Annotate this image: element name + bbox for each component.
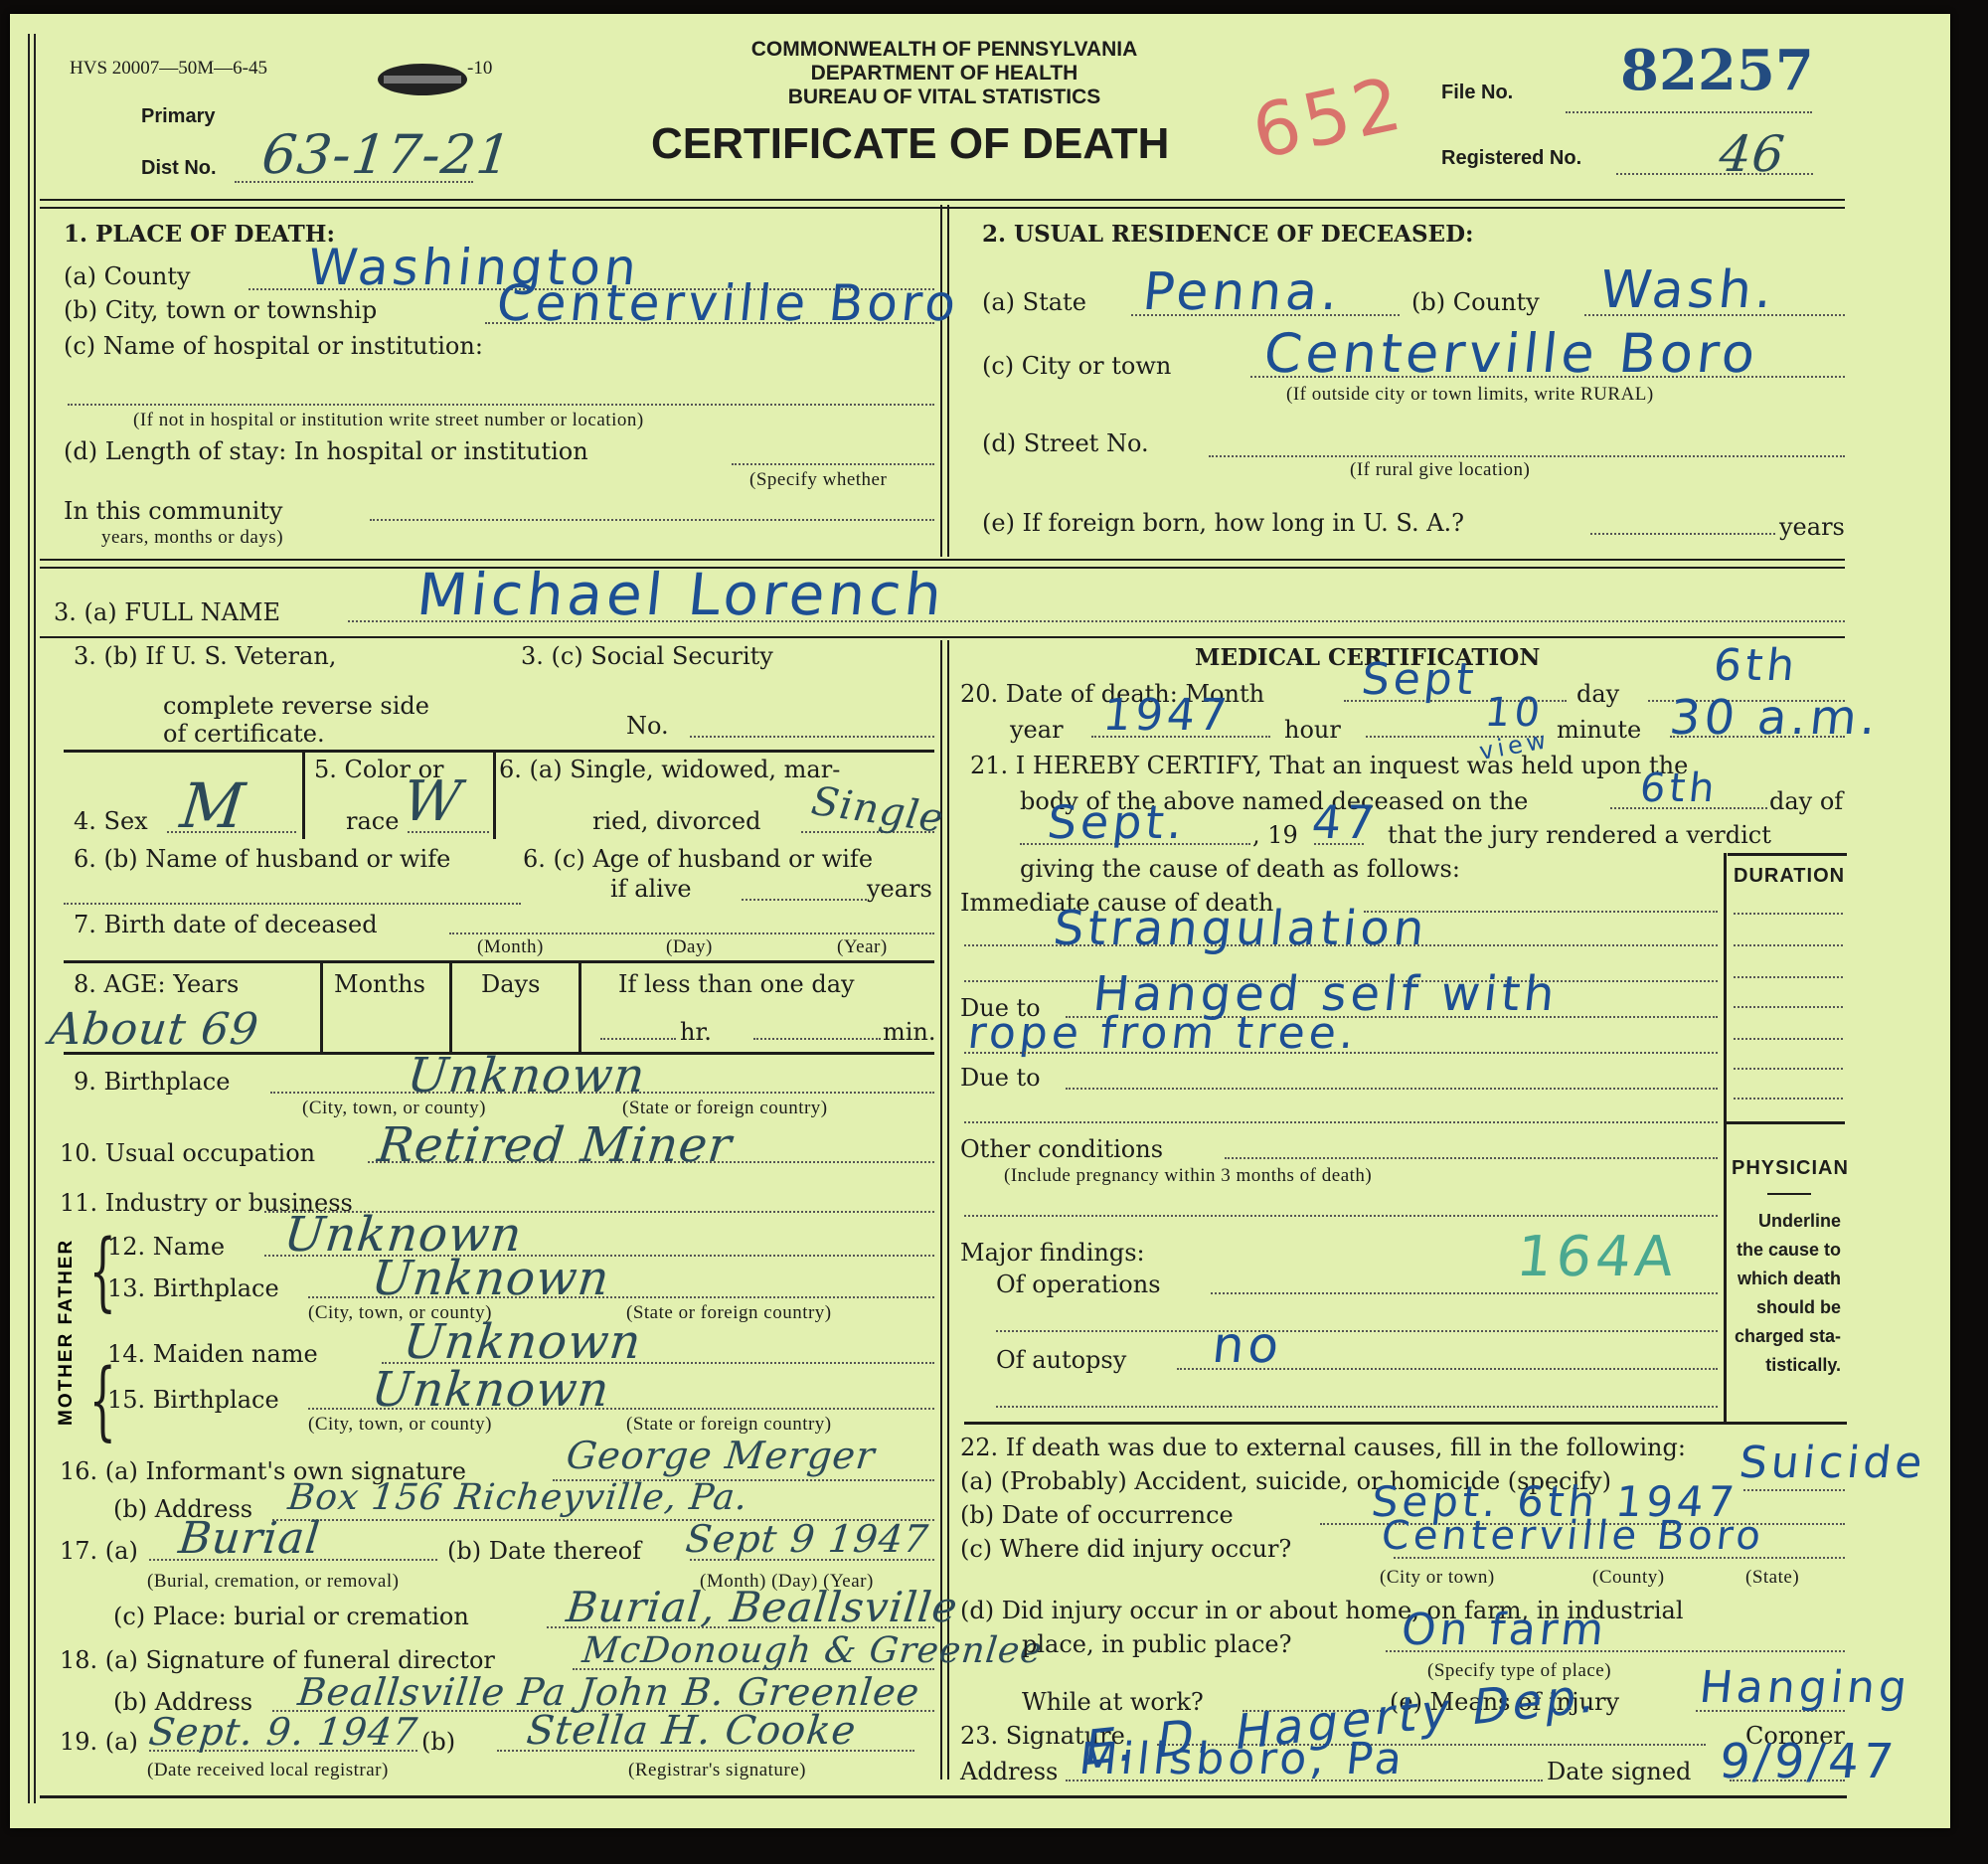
dist-number[interactable]: 63-17-21 bbox=[259, 123, 515, 186]
file-number[interactable]: 82257 bbox=[1620, 38, 1814, 103]
burial-note: (Burial, cremation, or removal) bbox=[147, 1571, 399, 1593]
death-day-value[interactable]: 6th bbox=[1711, 640, 1801, 691]
registrar-date-label: 19. (a) bbox=[60, 1728, 138, 1756]
foreign-label: (e) If foreign born, how long in U. S. A… bbox=[982, 509, 1464, 537]
marital-label: 6. (a) Single, widowed, mar- bbox=[499, 756, 840, 783]
death-month-value[interactable]: Sept bbox=[1359, 654, 1480, 705]
other-conditions-note: (Include pregnancy within 3 months of de… bbox=[1004, 1165, 1372, 1187]
registrar-date-value[interactable]: Sept. 9. 1947 bbox=[147, 1710, 420, 1754]
birth-day-note: (Day) bbox=[666, 936, 713, 958]
social-security-label: 3. (c) Social Security bbox=[521, 642, 773, 670]
street-label: (d) Street No. bbox=[982, 429, 1149, 457]
burial-date-label: (b) Date thereof bbox=[447, 1537, 641, 1565]
coroner-address-label: Address bbox=[960, 1758, 1058, 1785]
birth-date-field[interactable] bbox=[449, 932, 934, 934]
duration-field-2[interactable] bbox=[1734, 944, 1843, 946]
operations-label: Of operations bbox=[996, 1271, 1161, 1298]
funeral-director-value[interactable]: McDonough & Greenlee bbox=[580, 1630, 1045, 1671]
race-label: race bbox=[346, 807, 399, 835]
form-suffix: -10 bbox=[467, 58, 492, 80]
duration-field-4[interactable] bbox=[1734, 1006, 1843, 1008]
physician-heading: PHYSICIAN bbox=[1732, 1157, 1849, 1180]
footer-rule bbox=[40, 1795, 1847, 1798]
informant-value[interactable]: George Merger bbox=[565, 1434, 878, 1477]
city-label: (b) City, town or township bbox=[64, 296, 377, 324]
inquest-year-value[interactable]: 47 bbox=[1309, 795, 1381, 849]
age-hr-field[interactable] bbox=[600, 1038, 676, 1040]
duration-field-6[interactable] bbox=[1734, 1068, 1843, 1070]
burial-place-value[interactable]: Burial, Beallsville bbox=[564, 1583, 960, 1631]
duration-field-5[interactable] bbox=[1734, 1038, 1843, 1040]
spouse-age-label-2: if alive bbox=[610, 875, 692, 903]
date-signed-value[interactable]: 9/9/47 bbox=[1717, 1734, 1900, 1789]
sex-label: 4. Sex bbox=[74, 807, 148, 835]
age-hr-label: hr. bbox=[680, 1018, 712, 1046]
due-to-label-2: Due to bbox=[960, 1064, 1041, 1092]
age-min-label: min. bbox=[883, 1018, 936, 1046]
death-year-value[interactable]: 1947 bbox=[1100, 690, 1233, 741]
birthplace-city-note: (City, town, or county) bbox=[302, 1098, 486, 1119]
department: DEPARTMENT OF HEALTH bbox=[696, 62, 1193, 85]
age-label: 8. AGE: Years bbox=[74, 970, 239, 998]
registrar-sig-label: (b) bbox=[421, 1728, 455, 1756]
foreign-field[interactable] bbox=[1590, 533, 1775, 535]
injury-place-label: (c) Where did injury occur? bbox=[960, 1535, 1291, 1563]
burial-place-label: (c) Place: burial or cremation bbox=[113, 1603, 469, 1630]
age-less-label: If less than one day bbox=[618, 970, 855, 998]
race-value[interactable]: W bbox=[401, 769, 465, 834]
birth-month-note: (Month) bbox=[477, 936, 544, 958]
death-hour-label: hour bbox=[1284, 716, 1341, 744]
full-name-label: 3. (a) FULL NAME bbox=[54, 598, 280, 626]
birth-year-note: (Year) bbox=[837, 936, 888, 958]
father-birth-state-note: (State or foreign country) bbox=[626, 1302, 832, 1324]
residence-heading: 2. USUAL RESIDENCE OF DECEASED: bbox=[982, 221, 1474, 248]
birth-date-label: 7. Birth date of deceased bbox=[74, 911, 378, 938]
certify-text-2b: day of bbox=[1769, 787, 1843, 815]
residence-county-value[interactable]: Wash. bbox=[1597, 260, 1779, 320]
spouse-age-unit: years bbox=[867, 875, 932, 903]
injury-location-label-2: place, in public place? bbox=[1022, 1630, 1291, 1658]
certify-text-3b: that the jury rendered a verdict bbox=[1388, 821, 1771, 849]
veteran-label: 3. (b) If U. S. Veteran, bbox=[74, 642, 336, 670]
community-note: years, months or days) bbox=[101, 527, 283, 549]
spouse-age-label: 6. (c) Age of husband or wife bbox=[523, 845, 873, 873]
injury-county-note: (County) bbox=[1592, 1567, 1665, 1589]
mother-birth-city-note: (City, town, or county) bbox=[308, 1414, 492, 1436]
certify-text-3a: , 19 bbox=[1252, 821, 1298, 849]
other-conditions-field[interactable] bbox=[1225, 1157, 1718, 1159]
birthplace-value[interactable]: Unknown bbox=[405, 1048, 648, 1103]
residence-state-value[interactable]: Penna. bbox=[1140, 262, 1345, 322]
primary-label: Primary bbox=[141, 105, 216, 128]
autopsy-value[interactable]: no bbox=[1210, 1316, 1285, 1374]
death-certificate: HVS 20007—50M—6-45 -10 Primary Dist No. … bbox=[10, 14, 1950, 1828]
union-bug-seal-icon bbox=[378, 64, 467, 95]
form-code: HVS 20007—50M—6-45 bbox=[70, 58, 267, 80]
spouse-label: 6. (b) Name of husband or wife bbox=[74, 845, 450, 873]
spouse-field[interactable] bbox=[64, 903, 521, 905]
injury-place-value[interactable]: Centerville Boro bbox=[1380, 1513, 1767, 1559]
bureau: BUREAU OF VITAL STATISTICS bbox=[696, 85, 1193, 109]
street-note: (If rural give location) bbox=[1350, 459, 1530, 481]
burial-label: 17. (a) bbox=[60, 1537, 138, 1565]
age-value[interactable]: About 69 bbox=[47, 1004, 261, 1055]
injury-state-note: (State) bbox=[1745, 1567, 1799, 1589]
means-of-injury-value[interactable]: Hanging bbox=[1697, 1662, 1912, 1713]
mother-name-label: 14. Maiden name bbox=[107, 1340, 318, 1368]
occurrence-date-label: (b) Date of occurrence bbox=[960, 1501, 1234, 1529]
county-label: (a) County bbox=[64, 262, 191, 290]
certify-text-4: giving the cause of death as follows: bbox=[1020, 855, 1460, 883]
certify-text-1: 21. I HEREBY CERTIFY, That an inquest wa… bbox=[970, 752, 1688, 779]
marital-label-2: ried, divorced bbox=[592, 807, 761, 835]
file-label: File No. bbox=[1441, 82, 1513, 104]
ss-field[interactable] bbox=[690, 736, 934, 738]
foreign-unit: years bbox=[1779, 513, 1845, 541]
occupation-value[interactable]: Retired Miner bbox=[375, 1117, 735, 1173]
community-label: In this community bbox=[64, 497, 283, 525]
duration-field-1[interactable] bbox=[1734, 913, 1843, 915]
manner-value[interactable]: Suicide bbox=[1737, 1438, 1928, 1488]
stay-note: (Specify whether bbox=[749, 469, 887, 491]
informant-address-value[interactable]: Box 156 Richeyville, Pa. bbox=[286, 1477, 750, 1518]
registrar-date-note: (Date received local registrar) bbox=[147, 1760, 389, 1781]
burial-value[interactable]: Burial bbox=[176, 1513, 322, 1564]
death-day-label: day bbox=[1576, 680, 1619, 708]
injury-location-value[interactable]: On farm bbox=[1399, 1605, 1610, 1655]
mother-birthplace-label: 15. Birthplace bbox=[107, 1386, 279, 1414]
duration-field-7[interactable] bbox=[1734, 1098, 1843, 1100]
age-days-label: Days bbox=[481, 970, 540, 998]
veteran-note: complete reverse side bbox=[163, 692, 429, 720]
birthplace-state-note: (State or foreign country) bbox=[622, 1098, 828, 1119]
place-of-death-heading: 1. PLACE OF DEATH: bbox=[64, 221, 335, 248]
duration-heading: DURATION bbox=[1734, 865, 1845, 888]
duration-field-3[interactable] bbox=[1734, 976, 1843, 978]
operations-field[interactable] bbox=[1211, 1292, 1718, 1294]
death-minute-label: minute bbox=[1557, 716, 1641, 744]
father-birthplace-value[interactable]: Unknown bbox=[369, 1251, 612, 1306]
burial-date-value[interactable]: Sept 9 1947 bbox=[684, 1517, 931, 1561]
physician-note: Underline the cause to which death shoul… bbox=[1732, 1207, 1841, 1380]
autopsy-label: Of autopsy bbox=[996, 1346, 1126, 1374]
major-findings-label: Major findings: bbox=[960, 1239, 1145, 1267]
hospital-label: (c) Name of hospital or institution: bbox=[64, 332, 483, 360]
inquest-month-value[interactable]: Sept. bbox=[1045, 795, 1189, 849]
external-heading: 22. If death was due to external causes,… bbox=[960, 1434, 1686, 1461]
residence-city-label: (c) City or town bbox=[982, 352, 1171, 380]
father-name-label: 12. Name bbox=[107, 1233, 225, 1261]
commonwealth: COMMONWEALTH OF PENNSYLVANIA bbox=[696, 38, 1193, 62]
death-year-label: year bbox=[1010, 716, 1064, 744]
mother-birth-state-note: (State or foreign country) bbox=[626, 1414, 832, 1436]
community-field[interactable] bbox=[370, 519, 934, 521]
immediate-cause-value[interactable]: Strangulation bbox=[1051, 901, 1430, 956]
registrar-signature-value[interactable]: Stella H. Cooke bbox=[525, 1708, 859, 1754]
stay-field[interactable] bbox=[732, 463, 934, 465]
sex-value[interactable]: M bbox=[177, 769, 248, 842]
street-field[interactable] bbox=[1209, 455, 1845, 457]
registered-label: Registered No. bbox=[1441, 147, 1581, 170]
father-mother-label: MOTHER FATHER bbox=[56, 1239, 78, 1426]
inquest-day-value[interactable]: 6th bbox=[1638, 765, 1721, 811]
residence-city-value[interactable]: Centerville Boro bbox=[1261, 322, 1762, 385]
red-annotation: 652 bbox=[1245, 61, 1412, 176]
father-birthplace-label: 13. Birthplace bbox=[107, 1274, 279, 1302]
mother-birthplace-value[interactable]: Unknown bbox=[369, 1362, 612, 1418]
other-conditions-label: Other conditions bbox=[960, 1135, 1163, 1163]
residence-city-note: (If outside city or town limits, write R… bbox=[1286, 384, 1654, 406]
stay-label: (d) Length of stay: In hospital or insti… bbox=[64, 437, 588, 465]
death-minute-value[interactable]: 30 a.m. bbox=[1667, 690, 1883, 746]
spouse-age-field[interactable] bbox=[742, 899, 867, 901]
veteran-note-2: of certificate. bbox=[163, 720, 325, 748]
registrar-sig-note: (Registrar's signature) bbox=[628, 1760, 806, 1781]
page-title: CERTIFICATE OF DEATH bbox=[651, 119, 1169, 169]
hospital-note: (If not in hospital or institution write… bbox=[133, 410, 644, 431]
age-min-field[interactable] bbox=[753, 1038, 881, 1040]
left-border bbox=[28, 34, 36, 1803]
injury-city-note: (City or town) bbox=[1380, 1567, 1495, 1589]
dist-label: Dist No. bbox=[141, 157, 217, 180]
age-months-label: Months bbox=[334, 970, 425, 998]
state-label: (a) State bbox=[982, 288, 1086, 316]
death-city-value[interactable]: Centerville Boro bbox=[494, 274, 962, 332]
date-signed-label: Date signed bbox=[1547, 1758, 1691, 1785]
coroner-address-value[interactable]: Millsboro, Pa bbox=[1077, 1734, 1408, 1784]
registered-number[interactable]: 46 bbox=[1717, 125, 1788, 183]
due-to-field-2[interactable] bbox=[1066, 1088, 1718, 1090]
full-name-value[interactable]: Michael Lorench bbox=[414, 561, 948, 628]
occupation-label: 10. Usual occupation bbox=[60, 1139, 315, 1167]
residence-county-label: (b) County bbox=[1411, 288, 1540, 316]
birthplace-label: 9. Birthplace bbox=[74, 1068, 230, 1096]
code-annotation: 164A bbox=[1514, 1225, 1681, 1289]
ss-no-label: No. bbox=[626, 712, 669, 740]
hospital-field[interactable] bbox=[68, 404, 934, 406]
